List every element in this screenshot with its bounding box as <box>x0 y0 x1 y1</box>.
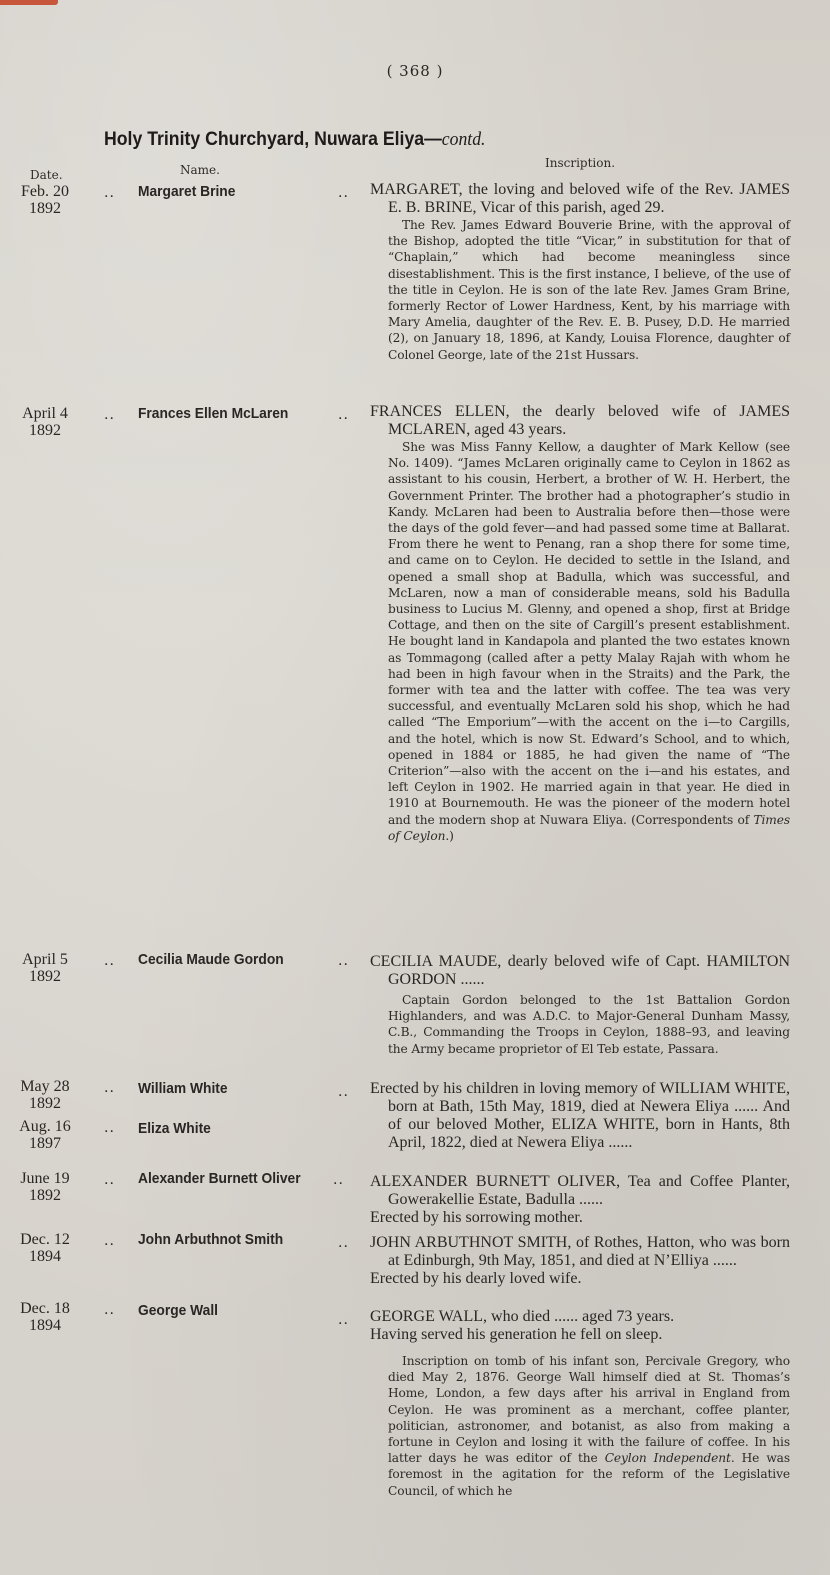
entry-name: Alexander Burnett Oliver <box>138 1170 301 1187</box>
leader-dots: .. <box>104 185 115 201</box>
entry-inscription: FRANCES ELLEN, the dearly beloved wife o… <box>370 403 790 439</box>
section-title-contd: contd. <box>442 129 486 150</box>
entry-inscription: ALEXANDER BURNETT OLIVER, Tea and Coffee… <box>370 1173 790 1227</box>
leader-dots: .. <box>104 953 115 969</box>
date-year: 1892 <box>16 1187 74 1204</box>
date-day: Dec. 18 <box>16 1300 74 1317</box>
entry-date: June 191892 <box>16 1170 74 1204</box>
section-title-main: Holy Trinity Churchyard, Nuwara Eliya— <box>104 129 442 150</box>
inscription-text: JOHN ARBUTHNOT SMITH, of Rothes, Hatton,… <box>370 1234 790 1270</box>
entry-inscription: CECILIA MAUDE, dearly beloved wife of Ca… <box>370 953 790 989</box>
note-text: She was Miss Fanny Kellow, a daughter of… <box>388 440 790 827</box>
date-year: 1892 <box>16 200 74 217</box>
entry-name: Frances Ellen McLaren <box>138 405 288 422</box>
leader-dots: .. <box>104 407 115 423</box>
date-year: 1894 <box>16 1317 74 1334</box>
entry-date: Dec. 121894 <box>16 1231 74 1265</box>
column-header-name: Name. <box>180 163 220 177</box>
entry-note: Captain Gordon belonged to the 1st Batta… <box>388 992 790 1057</box>
inscription-extra: Having served his generation he fell on … <box>370 1326 790 1344</box>
entry-date: Dec. 181894 <box>16 1300 74 1334</box>
date-year: 1897 <box>16 1135 74 1152</box>
entry-inscription: Erected by his children in loving memory… <box>370 1080 790 1152</box>
date-day: May 28 <box>16 1078 74 1095</box>
entry-inscription: MARGARET, the loving and beloved wife of… <box>370 181 790 217</box>
entry-inscription: JOHN ARBUTHNOT SMITH, of Rothes, Hatton,… <box>370 1234 790 1288</box>
date-year: 1892 <box>16 422 74 439</box>
inscription-text: GEORGE WALL, who died ...... aged 73 yea… <box>370 1308 790 1326</box>
inscription-text: FRANCES ELLEN, the dearly beloved wife o… <box>370 403 790 439</box>
page-number: ( 368 ) <box>0 62 830 80</box>
entry-date: April 51892 <box>16 951 74 985</box>
note-italic-title: Ceylon Independent <box>605 1451 731 1465</box>
date-day: April 5 <box>16 951 74 968</box>
entry-date: Feb. 201892 <box>16 183 74 217</box>
entry-name: William White <box>138 1080 228 1097</box>
leader-dots: .. <box>104 1080 115 1096</box>
leader-dots: .. <box>338 185 349 201</box>
column-header-date: Date. <box>30 168 63 182</box>
leader-dots: .. <box>104 1172 115 1188</box>
entry-inscription: GEORGE WALL, who died ...... aged 73 yea… <box>370 1308 790 1344</box>
inscription-text: MARGARET, the loving and beloved wife of… <box>370 181 790 217</box>
date-day: April 4 <box>16 405 74 422</box>
inscription-extra: Erected by his sorrowing mother. <box>370 1209 790 1227</box>
leader-dots: .. <box>338 953 349 969</box>
leader-dots: .. <box>338 1235 349 1251</box>
leader-dots: .. <box>338 407 349 423</box>
inscription-text: ALEXANDER BURNETT OLIVER, Tea and Coffee… <box>370 1173 790 1209</box>
page-tab-marker <box>0 0 58 5</box>
leader-dots: .. <box>104 1120 115 1136</box>
entry-date: April 41892 <box>16 405 74 439</box>
leader-dots: .. <box>104 1233 115 1249</box>
entry-note: The Rev. James Edward Bouverie Brine, wi… <box>388 217 790 363</box>
entry-name: John Arbuthnot Smith <box>138 1231 283 1248</box>
leader-dots: .. <box>104 1302 115 1318</box>
leader-dots: .. <box>338 1312 349 1328</box>
entry-name: Margaret Brine <box>138 183 235 200</box>
date-day: June 19 <box>16 1170 74 1187</box>
inscription-text: CECILIA MAUDE, dearly beloved wife of Ca… <box>370 953 790 989</box>
inscription-extra: Erected by his dearly loved wife. <box>370 1270 790 1288</box>
entry-name: Eliza White <box>138 1120 211 1137</box>
note-text: Inscription on tomb of his infant son, P… <box>388 1354 790 1465</box>
entry-name: Cecilia Maude Gordon <box>138 951 284 968</box>
date-day: Aug. 16 <box>16 1118 74 1135</box>
date-day: Dec. 12 <box>16 1231 74 1248</box>
column-header-inscription: Inscription. <box>545 156 615 170</box>
date-day: Feb. 20 <box>16 183 74 200</box>
date-year: 1892 <box>16 1095 74 1112</box>
entry-date: May 281892 <box>16 1078 74 1112</box>
entry-note: She was Miss Fanny Kellow, a daughter of… <box>388 439 790 844</box>
entry-note: Inscription on tomb of his infant son, P… <box>388 1353 790 1499</box>
inscription-text: Erected by his children in loving memory… <box>370 1080 790 1152</box>
date-year: 1892 <box>16 968 74 985</box>
note-end: .) <box>445 829 453 843</box>
leader-dots: .. <box>333 1172 344 1188</box>
leader-dots: .. <box>338 1084 349 1100</box>
section-title: Holy Trinity Churchyard, Nuwara Eliya—co… <box>104 129 485 151</box>
date-year: 1894 <box>16 1248 74 1265</box>
entry-name: George Wall <box>138 1302 218 1319</box>
entry-date: Aug. 161897 <box>16 1118 74 1152</box>
